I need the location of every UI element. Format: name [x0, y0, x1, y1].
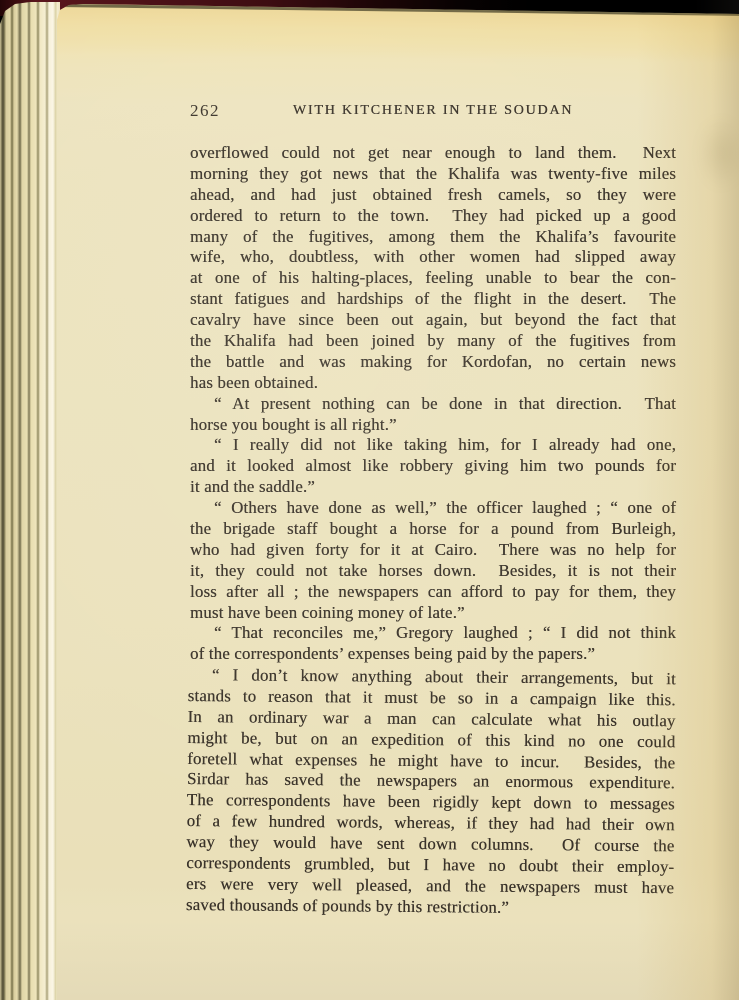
book-page: 262 WITH KITCHENER IN THE SOUDAN overflo… [57, 4, 739, 1000]
text-line: loss after all ; the newspapers can affo… [190, 582, 676, 603]
text-line: it, they could not take horses down. Bes… [190, 561, 676, 582]
text-line: overflowed could not get near enough to … [190, 143, 676, 164]
text-line: ahead, and had just obtained fresh camel… [190, 185, 676, 206]
text-line: “ Others have done as well,” the officer… [190, 498, 676, 519]
page-edge-stack [0, 2, 60, 1000]
text-line: horse you bought is all right.” [190, 415, 676, 436]
text-line: the Khalifa had been joined by many of t… [190, 331, 676, 352]
text-line: ordered to return to the town. They had … [190, 206, 676, 227]
text-line: has been obtained. [190, 373, 676, 394]
paragraph: “ I don’t know anything about their arra… [186, 665, 676, 920]
text-line: “ That reconciles me,” Gregory laughed ;… [190, 623, 676, 644]
paragraph: “ At present nothing can be done in that… [190, 394, 676, 436]
scanned-book-photo: 262 WITH KITCHENER IN THE SOUDAN overflo… [0, 0, 739, 1000]
text-line: it and the saddle.” [190, 477, 676, 498]
text-line: morning they got news that the Khalifa w… [190, 164, 676, 185]
text-line: “ I really did not like taking him, for … [190, 435, 676, 456]
page-top-edge-sheen [56, 6, 739, 63]
text-line: wife, who, doubtless, with other women h… [190, 247, 676, 268]
text-line: many of the fugitives, among them the Kh… [190, 227, 676, 248]
running-header-title: WITH KITCHENER IN THE SOUDAN [190, 103, 676, 119]
paragraph: “ Others have done as well,” the officer… [190, 498, 676, 623]
paragraph: “ I really did not like taking him, for … [190, 435, 676, 498]
text-line: of the correspondents’ expenses being pa… [190, 644, 676, 665]
running-head: 262 WITH KITCHENER IN THE SOUDAN [190, 100, 676, 124]
text-line: and it looked almost like robbery giving… [190, 456, 676, 477]
text-line: the battle and was making for Kordofan, … [190, 352, 676, 373]
paragraph: “ That reconciles me,” Gregory laughed ;… [190, 623, 676, 665]
text-line: the brigade staff bought a horse for a p… [190, 519, 676, 540]
text-line: cavalry have since been out again, but b… [190, 310, 676, 331]
text-line: at one of his halting-places, feeling un… [190, 268, 676, 289]
paragraph: overflowed could not get near enough to … [190, 143, 676, 394]
page-text-block: overflowed could not get near enough to … [190, 143, 676, 916]
text-line: saved thousands of pounds by this restri… [186, 895, 674, 920]
text-line: “ At present nothing can be done in that… [190, 394, 676, 415]
text-line: must have been coining money of late.” [190, 603, 676, 624]
text-line: stant fatigues and hardships of the flig… [190, 289, 676, 310]
page-smudge [697, 116, 739, 190]
text-line: who had given forty for it at Cairo. The… [190, 540, 676, 561]
